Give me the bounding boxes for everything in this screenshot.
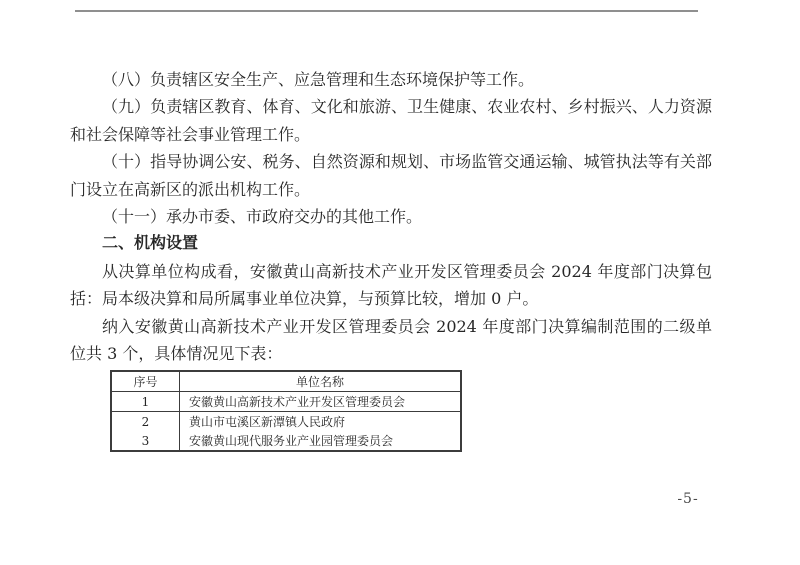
document-body: （八）负责辖区安全生产、应急管理和生态环境保护等工作。 （九）负责辖区教育、体育… xyxy=(70,66,712,367)
header-rule xyxy=(75,10,698,12)
document-page: （八）负责辖区安全生产、应急管理和生态环境保护等工作。 （九）负责辖区教育、体育… xyxy=(0,0,800,565)
table-cell-unit-name: 安徽黄山高新技术产业开发区管理委员会 xyxy=(180,392,462,412)
units-table: 序号 单位名称 1 安徽黄山高新技术产业开发区管理委员会 2 黄山市屯溪区新潭镇… xyxy=(110,370,462,452)
table-header-unit-name: 单位名称 xyxy=(180,371,462,392)
table-cell-index: 1 xyxy=(111,392,180,412)
section-heading-organization: 二、机构设置 xyxy=(70,230,712,257)
paragraph-duty-10: （十）指导协调公安、税务、自然资源和规划、市场监管交通运输、城管执法等有关部门设… xyxy=(70,148,712,203)
paragraph-secondary-units: 纳入安徽黄山高新技术产业开发区管理委员会 2024 年度部门决算编制范围的二级单… xyxy=(70,313,712,368)
table-cell-unit-name: 黄山市屯溪区新潭镇人民政府 xyxy=(180,412,462,432)
table-cell-index: 2 xyxy=(111,412,180,432)
table-header-row: 序号 单位名称 xyxy=(111,371,461,392)
paragraph-duty-11: （十一）承办市委、市政府交办的其他工作。 xyxy=(70,203,712,230)
table-row: 2 黄山市屯溪区新潭镇人民政府 xyxy=(111,412,461,432)
page-number: -5- xyxy=(658,491,718,507)
paragraph-budget-units: 从决算单位构成看，安徽黄山高新技术产业开发区管理委员会 2024 年度部门决算包… xyxy=(70,258,712,313)
table-row: 1 安徽黄山高新技术产业开发区管理委员会 xyxy=(111,392,461,412)
paragraph-duty-9: （九）负责辖区教育、体育、文化和旅游、卫生健康、农业农村、乡村振兴、人力资源和社… xyxy=(70,93,712,148)
table-row: 3 安徽黄山现代服务业产业园管理委员会 xyxy=(111,431,461,451)
paragraph-duty-8: （八）负责辖区安全生产、应急管理和生态环境保护等工作。 xyxy=(70,66,712,93)
table-cell-index: 3 xyxy=(111,431,180,451)
table-header-index: 序号 xyxy=(111,371,180,392)
table-cell-unit-name: 安徽黄山现代服务业产业园管理委员会 xyxy=(180,431,462,451)
